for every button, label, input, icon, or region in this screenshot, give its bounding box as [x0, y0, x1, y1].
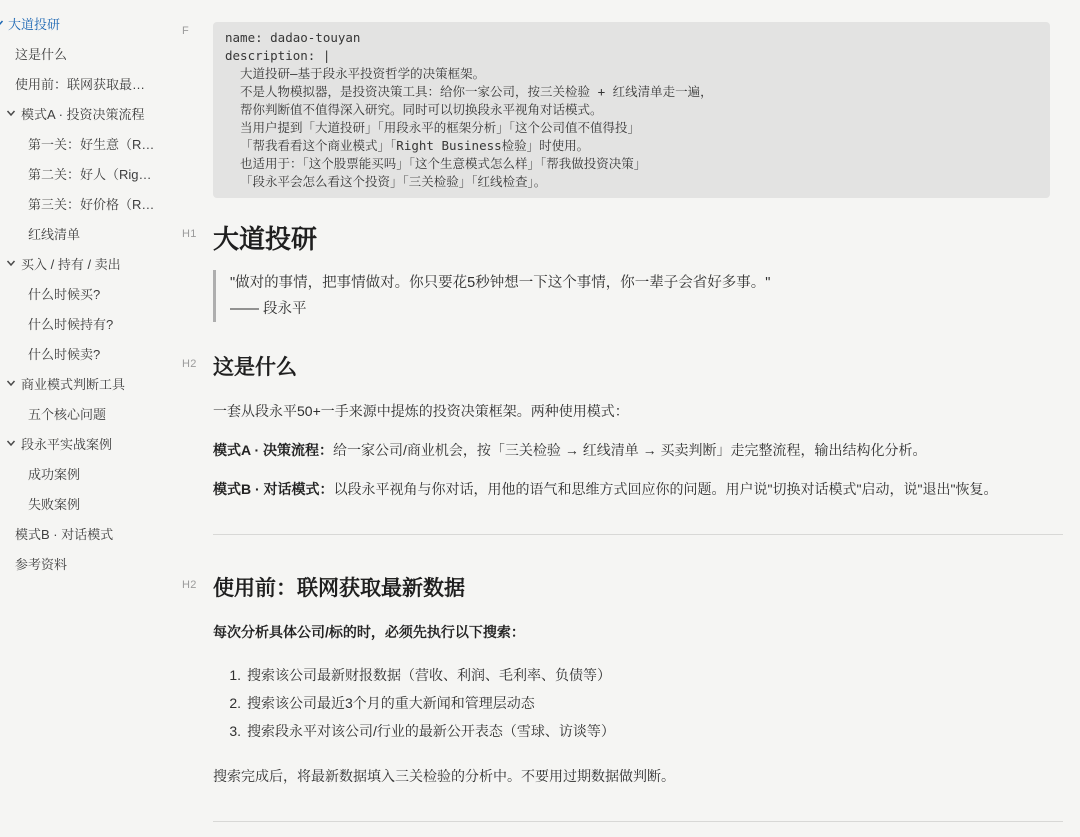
- list-item-text: 搜索段永平对该公司/行业的最新公开表态（雪球、访谈等）: [247, 717, 615, 745]
- section-divider: [213, 821, 1063, 822]
- section-title: 使用前：联网获取最新数据: [213, 576, 1063, 601]
- section-before-use: H2 使用前：联网获取最新数据: [180, 576, 1063, 601]
- sidebar-item-failure-cases[interactable]: 失败案例: [0, 488, 176, 518]
- chevron-down-icon[interactable]: [5, 107, 17, 119]
- sidebar-item-label: 参考资料: [15, 554, 67, 573]
- sidebar-item-label: 段永平实战案例: [21, 434, 112, 453]
- sidebar-item-label: 模式B · 对话模式: [15, 524, 113, 543]
- mode-a-text: 给一家公司/商业机会，按「三关检验 → 红线清单 → 买卖判断」走完整流程，输出…: [333, 442, 926, 458]
- sidebar-item-label: 这是什么: [15, 44, 67, 63]
- chevron-down-icon[interactable]: [5, 437, 17, 449]
- footer-paragraph: 搜索完成后，将最新数据填入三关检验的分析中。不要用过期数据做判断。: [180, 764, 1032, 788]
- sidebar-item-buy-hold-sell[interactable]: 买入 / 持有 / 卖出: [0, 248, 176, 278]
- sidebar-item-label: 五个核心问题: [28, 404, 106, 423]
- sidebar-item-what-is-this[interactable]: 这是什么: [0, 38, 176, 68]
- code-line: 「段永平会怎么看这个投资」「三关检验」「红线检查」。: [225, 173, 1038, 191]
- frontmatter-block: F name: dadao-touyan description: | 大道投研…: [180, 22, 1063, 198]
- list-item-text: 搜索该公司最新财报数据（营收、利润、毛利率、负债等）: [247, 661, 611, 689]
- blockquote: "做对的事情，把事情做对。你只要花5秒钟想一下这个事情，你一辈子会省好多事。" …: [213, 270, 1063, 322]
- code-line: name: dadao-touyan: [225, 29, 1038, 47]
- section-what-is-this: H2 这是什么: [180, 355, 1063, 380]
- mode-b-text: 以段永平视角与你对话，用他的语气和思维方式回应你的问题。用户说"切换对话模式"启…: [334, 481, 998, 497]
- sidebar-item-label: 失败案例: [28, 494, 80, 513]
- outline-sidebar: 大道投研 这是什么 使用前：联网获取最… 模式A · 投资决策流程 第一关：好生…: [0, 0, 176, 837]
- sidebar-item-redline-list[interactable]: 红线清单: [0, 218, 176, 248]
- list-item-number: 2.: [225, 689, 247, 717]
- code-line: 不是人物模拟器，是投资决策工具：给你一家公司，按三关检验 + 红线清单走一遍，: [225, 83, 1038, 101]
- search-steps-list: 1. 搜索该公司最新财报数据（营收、利润、毛利率、负债等） 2. 搜索该公司最近…: [180, 661, 1063, 745]
- h1-block: H1 大道投研: [180, 225, 1063, 255]
- section-title: 这是什么: [213, 355, 1063, 380]
- h2-marker: H2: [182, 358, 197, 370]
- list-item: 3. 搜索段永平对该公司/行业的最新公开表态（雪球、访谈等）: [213, 717, 1063, 745]
- h2-marker: H2: [182, 579, 197, 591]
- chevron-down-icon[interactable]: [5, 257, 17, 269]
- code-line: 当用户提到「大道投研」「用段永平的框架分析」「这个公司值不值得投」: [225, 119, 1038, 137]
- sidebar-item-mode-b[interactable]: 模式B · 对话模式: [0, 518, 176, 548]
- code-line: description: |: [225, 47, 1038, 65]
- mode-b-label: 模式B · 对话模式：: [213, 481, 334, 497]
- sidebar-item-label: 商业模式判断工具: [21, 374, 125, 393]
- sidebar-item-label: 什么时候买?: [28, 284, 100, 303]
- frontmatter-marker: F: [182, 25, 189, 37]
- sidebar-item-when-hold[interactable]: 什么时候持有?: [0, 308, 176, 338]
- chevron-down-icon[interactable]: [0, 17, 5, 29]
- sidebar-item-label: 第一关：好生意（R…: [28, 134, 154, 153]
- code-line: 帮你判断值不值得深入研究。同时可以切换段永平视角对话模式。: [225, 101, 1038, 119]
- sidebar-item-gate-3[interactable]: 第三关：好价格（R…: [0, 188, 176, 218]
- sidebar-item-label: 成功案例: [28, 464, 80, 483]
- sidebar-item-label: 第二关：好人（Rig…: [28, 164, 152, 183]
- sidebar-item-when-buy[interactable]: 什么时候买?: [0, 278, 176, 308]
- code-line: 「帮我看看这个商业模式」「Right Business检验」时使用。: [225, 137, 1038, 155]
- mode-a-label: 模式A · 决策流程：: [213, 442, 333, 458]
- page-title: 大道投研: [213, 225, 1063, 255]
- list-item: 1. 搜索该公司最新财报数据（营收、利润、毛利率、负债等）: [213, 661, 1063, 689]
- sidebar-item-case-studies[interactable]: 段永平实战案例: [0, 428, 176, 458]
- sidebar-item-references[interactable]: 参考资料: [0, 548, 176, 578]
- list-item-number: 3.: [225, 717, 247, 745]
- sidebar-item-business-model-tool[interactable]: 商业模式判断工具: [0, 368, 176, 398]
- frontmatter-code[interactable]: name: dadao-touyan description: | 大道投研—基…: [213, 22, 1050, 198]
- sidebar-item-label: 第三关：好价格（R…: [28, 194, 154, 213]
- h1-marker: H1: [182, 228, 197, 240]
- mode-b-paragraph: 模式B · 对话模式：以段永平视角与你对话，用他的语气和思维方式回应你的问题。用…: [180, 477, 1032, 501]
- sidebar-item-label: 什么时候卖?: [28, 344, 100, 363]
- intro-paragraph: 一套从段永平50+一手来源中提炼的投资决策框架。两种使用模式：: [180, 399, 1032, 423]
- sidebar-item-success-cases[interactable]: 成功案例: [0, 458, 176, 488]
- sidebar-item-label: 买入 / 持有 / 卖出: [21, 254, 121, 273]
- mode-a-paragraph: 模式A · 决策流程：给一家公司/商业机会，按「三关检验 → 红线清单 → 买卖…: [180, 438, 1032, 462]
- quote-attribution: —— 段永平: [230, 296, 1063, 322]
- sidebar-item-when-sell[interactable]: 什么时候卖?: [0, 338, 176, 368]
- quote-text: "做对的事情，把事情做对。你只要花5秒钟想一下这个事情，你一辈子会省好多事。": [230, 270, 1063, 296]
- sidebar-item-label: 什么时候持有?: [28, 314, 113, 333]
- sidebar-item-gate-1[interactable]: 第一关：好生意（R…: [0, 128, 176, 158]
- sidebar-item-gate-2[interactable]: 第二关：好人（Rig…: [0, 158, 176, 188]
- list-item: 2. 搜索该公司最近3个月的重大新闻和管理层动态: [213, 689, 1063, 717]
- sidebar-item-label: 大道投研: [8, 14, 60, 33]
- chevron-down-icon[interactable]: [5, 377, 17, 389]
- document-view: F name: dadao-touyan description: | 大道投研…: [180, 0, 1070, 837]
- sidebar-item-five-core-questions[interactable]: 五个核心问题: [0, 398, 176, 428]
- section-divider: [213, 534, 1063, 535]
- sidebar-item-before-use[interactable]: 使用前：联网获取最…: [0, 68, 176, 98]
- list-item-text: 搜索该公司最近3个月的重大新闻和管理层动态: [247, 689, 535, 717]
- sidebar-item-dadao-touyan[interactable]: 大道投研: [0, 8, 176, 38]
- code-line: 也适用于：「这个股票能买吗」「这个生意模式怎么样」「帮我做投资决策」: [225, 155, 1038, 173]
- sidebar-item-label: 红线清单: [28, 224, 80, 243]
- code-line: 大道投研—基于段永平投资哲学的决策框架。: [225, 65, 1038, 83]
- sidebar-item-label: 使用前：联网获取最…: [15, 74, 145, 93]
- quote-block: "做对的事情，把事情做对。你只要花5秒钟想一下这个事情，你一辈子会省好多事。" …: [180, 270, 1063, 322]
- sidebar-item-mode-a[interactable]: 模式A · 投资决策流程: [0, 98, 176, 128]
- lead-paragraph: 每次分析具体公司/标的时，必须先执行以下搜索：: [180, 620, 1032, 644]
- sidebar-item-label: 模式A · 投资决策流程: [21, 104, 145, 123]
- list-item-number: 1.: [225, 661, 247, 689]
